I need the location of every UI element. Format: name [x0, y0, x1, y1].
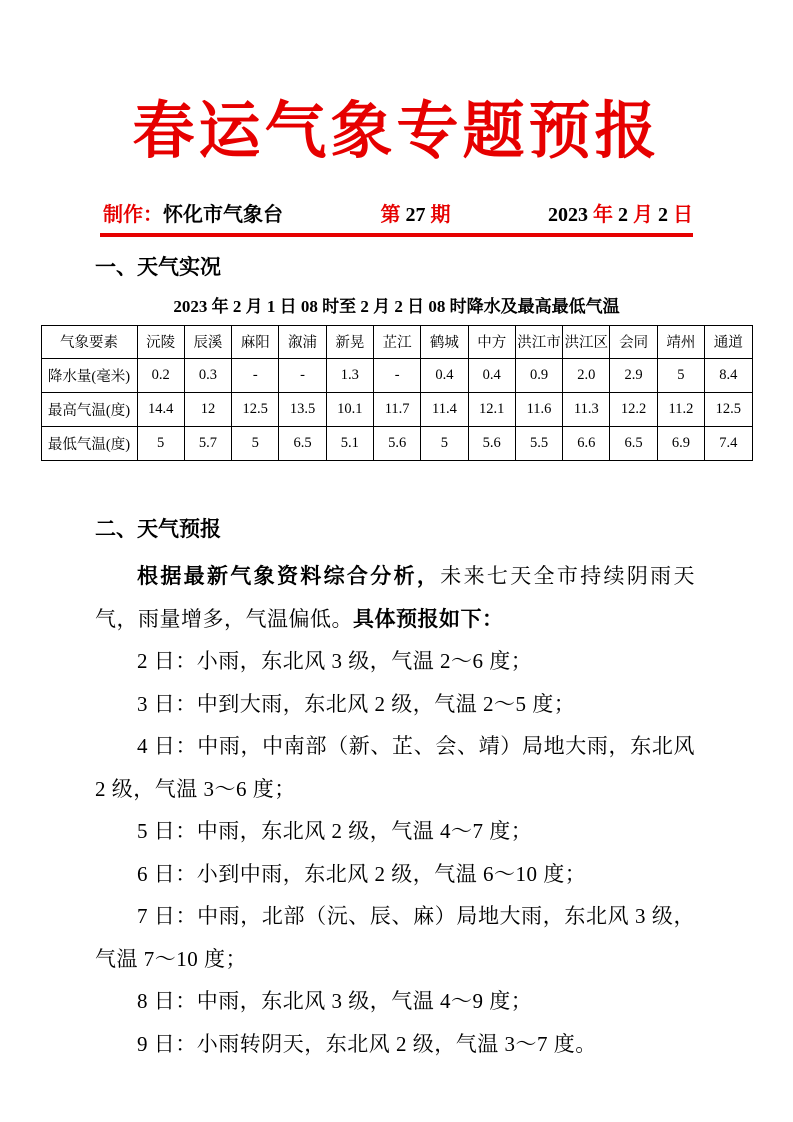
weather-table-cell: 8.4: [705, 358, 752, 392]
weather-table-cell: 12.5: [232, 392, 279, 426]
forecast-line: 9 日：小雨转阴天，东北风 2 级，气温 3～7 度。: [95, 1023, 695, 1066]
forecast-list: 2 日：小雨，东北风 3 级，气温 2～6 度；3 日：中到大雨，东北风 2 级…: [0, 640, 793, 1065]
weather-table-cell: -: [232, 358, 279, 392]
document-title: 春运气象专题预报: [0, 0, 793, 170]
weather-table-header-cell: 洪江市: [515, 325, 562, 358]
intro-bold-lead: 根据最新气象资料综合分析，: [137, 564, 440, 588]
weather-table-cell: 5: [657, 358, 704, 392]
weather-table-cell: 12: [184, 392, 231, 426]
weather-table-cell: 1.3: [326, 358, 373, 392]
weather-table-header-cell: 通道: [705, 325, 752, 358]
weather-table-header-cell: 洪江区: [563, 325, 610, 358]
weather-table-cell: 5.6: [468, 426, 515, 460]
weather-table-cell: 6.9: [657, 426, 704, 460]
weather-table-header-row: 气象要素沅陵辰溪麻阳溆浦新晃芷江鹤城中方洪江市洪江区会同靖州通道: [41, 325, 752, 358]
weather-table-cell: 0.2: [137, 358, 184, 392]
forecast-line: 5 日：中雨，东北风 2 级，气温 4～7 度；: [95, 810, 695, 853]
weather-table-cell: 5: [137, 426, 184, 460]
weather-table-cell: 0.4: [468, 358, 515, 392]
weather-table-cell: 2.9: [610, 358, 657, 392]
weather-table-cell: 14.4: [137, 392, 184, 426]
weather-table-cell: 11.7: [373, 392, 420, 426]
weather-table-cell: 12.2: [610, 392, 657, 426]
weather-table-header-cell: 沅陵: [137, 325, 184, 358]
weather-table-cell: 5.5: [515, 426, 562, 460]
weather-table-header-cell: 气象要素: [41, 325, 137, 358]
section1-heading: 一、天气实况: [95, 253, 695, 281]
weather-table-title: 2023 年 2 月 1 日 08 时至 2 月 2 日 08 时降水及最高最低…: [0, 292, 793, 317]
weather-table-cell: 2.0: [563, 358, 610, 392]
forecast-line: 2 日：小雨，东北风 3 级，气温 2～6 度；: [95, 640, 695, 683]
weather-table-cell: -: [279, 358, 326, 392]
meta-row: 制作：怀化市气象台 第 27 期 2023 年 2 月 2 日: [103, 198, 693, 227]
weather-table-cell: 10.1: [326, 392, 373, 426]
section2-heading: 二、天气预报: [95, 515, 695, 543]
weather-table-cell: 11.6: [515, 392, 562, 426]
weather-table-cell: 0.3: [184, 358, 231, 392]
weather-table-cell: 0.9: [515, 358, 562, 392]
weather-table-body: 降水量(毫米)0.20.3--1.3-0.40.40.92.02.958.4最高…: [41, 358, 752, 460]
producer: 制作：怀化市气象台: [103, 198, 283, 227]
weather-table-cell: 5: [421, 426, 468, 460]
weather-table-cell: 11.3: [563, 392, 610, 426]
weather-table-row-label: 最低气温(度): [41, 426, 137, 460]
intro-bold-tail: 具体预报如下：: [353, 607, 504, 631]
weather-table-row: 降水量(毫米)0.20.3--1.3-0.40.40.92.02.958.4: [41, 358, 752, 392]
weather-table-cell: 6.5: [610, 426, 657, 460]
producer-value: 怀化市气象台: [163, 204, 283, 226]
forecast-line: 6 日：小到中雨，东北风 2 级，气温 6～10 度；: [95, 853, 695, 896]
weather-table-cell: 5.7: [184, 426, 231, 460]
weather-table-cell: 5.6: [373, 426, 420, 460]
weather-table-cell: 11.2: [657, 392, 704, 426]
issue-number: 第 27 期: [381, 198, 451, 227]
weather-table-cell: 6.5: [279, 426, 326, 460]
weather-table-header-cell: 靖州: [657, 325, 704, 358]
weather-table-header-cell: 溆浦: [279, 325, 326, 358]
weather-table-header-cell: 中方: [468, 325, 515, 358]
weather-table-cell: 6.6: [563, 426, 610, 460]
weather-table-cell: 0.4: [421, 358, 468, 392]
forecast-line: 7 日：中雨，北部（沅、辰、麻）局地大雨，东北风 3 级，气温 7～10 度；: [95, 895, 695, 980]
weather-table-header-cell: 会同: [610, 325, 657, 358]
weather-table-cell: 11.4: [421, 392, 468, 426]
weather-table-row-label: 最高气温(度): [41, 392, 137, 426]
weather-table-cell: 5.1: [326, 426, 373, 460]
weather-table-header-cell: 新晃: [326, 325, 373, 358]
weather-table-cell: 7.4: [705, 426, 752, 460]
forecast-intro: 根据最新气象资料综合分析，未来七天全市持续阴雨天气，雨量增多，气温偏低。具体预报…: [95, 555, 695, 640]
weather-table: 气象要素沅陵辰溪麻阳溆浦新晃芷江鹤城中方洪江市洪江区会同靖州通道 降水量(毫米)…: [41, 325, 753, 461]
weather-table-header-cell: 鹤城: [421, 325, 468, 358]
forecast-line: 4 日：中雨，中南部（新、芷、会、靖）局地大雨，东北风 2 级，气温 3～6 度…: [95, 725, 695, 810]
weather-table-header-cell: 辰溪: [184, 325, 231, 358]
weather-table-cell: 13.5: [279, 392, 326, 426]
weather-table-cell: -: [373, 358, 420, 392]
weather-table-cell: 12.1: [468, 392, 515, 426]
forecast-line: 8 日：中雨，东北风 3 级，气温 4～9 度；: [95, 980, 695, 1023]
weather-table-row: 最高气温(度)14.41212.513.510.111.711.412.111.…: [41, 392, 752, 426]
document-page: 春运气象专题预报 制作：怀化市气象台 第 27 期 2023 年 2 月 2 日…: [0, 0, 793, 1122]
weather-table-header-cell: 麻阳: [232, 325, 279, 358]
producer-label: 制作：: [103, 204, 163, 226]
weather-table-row-label: 降水量(毫米): [41, 358, 137, 392]
weather-table-cell: 5: [232, 426, 279, 460]
red-divider: [100, 233, 693, 237]
weather-table-header-cell: 芷江: [373, 325, 420, 358]
weather-table-cell: 12.5: [705, 392, 752, 426]
weather-table-row: 最低气温(度)55.756.55.15.655.65.56.66.56.97.4: [41, 426, 752, 460]
issue-date: 2023 年 2 月 2 日: [548, 198, 693, 227]
forecast-line: 3 日：中到大雨，东北风 2 级，气温 2～5 度；: [95, 683, 695, 726]
